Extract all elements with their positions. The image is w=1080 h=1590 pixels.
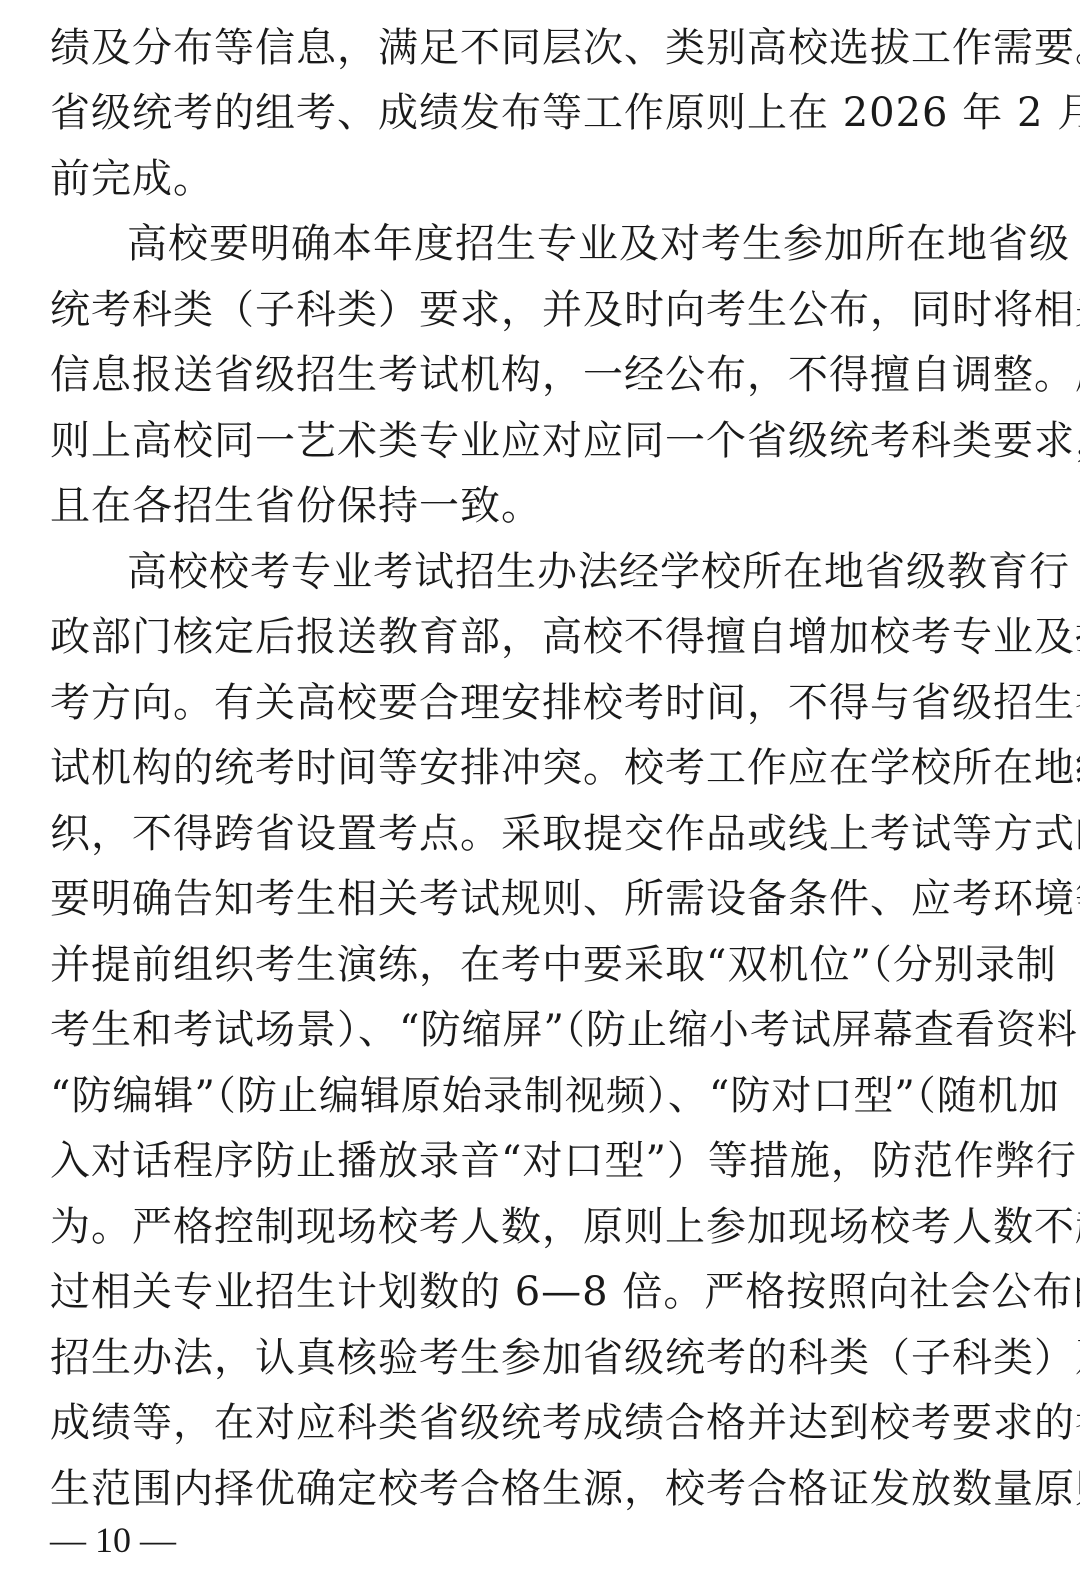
page-number: — 10 — — [50, 1512, 176, 1568]
document-page: 绩及分布等信息，满足不同层次、类别高校选拔工作需要。 省级统考的组考、成绩发布等… — [0, 0, 1080, 1590]
text-line: 为。严格控制现场校考人数，原则上参加现场校考人数不超 — [50, 1199, 1016, 1255]
text-line: 信息报送省级招生考试机构，一经公布，不得擅自调整。原 — [50, 347, 1016, 403]
text-line: 绩及分布等信息，满足不同层次、类别高校选拔工作需要。 — [50, 20, 1016, 76]
text-line: 生范围内择优确定校考合格生源，校考合格证发放数量原则 — [50, 1461, 1016, 1517]
text-line: 前完成。 — [50, 151, 1016, 207]
text-line: 过相关专业招生计划数的 6—8 倍。严格按照向社会公布的 — [50, 1264, 1016, 1320]
text-line: 考方向。有关高校要合理安排校考时间，不得与省级招生考 — [50, 675, 1016, 731]
text-line: 入对话程序防止播放录音“对口型”）等措施，防范作弊行 — [50, 1133, 1016, 1189]
text-line: 成绩等，在对应科类省级统考成绩合格并达到校考要求的考 — [50, 1395, 1016, 1451]
text-line: 考生和考试场景）、“防缩屏”（防止缩小考试屏幕查看资料）、 — [50, 1002, 1016, 1058]
text-line: 试机构的统考时间等安排冲突。校考工作应在学校所在地组 — [50, 740, 1016, 796]
text-line: 高校要明确本年度招生专业及对考生参加所在地省级 — [127, 216, 1016, 272]
text-line: 统考科类（子科类）要求，并及时向考生公布，同时将相关 — [50, 282, 1016, 338]
text-line: 政部门核定后报送教育部，高校不得擅自增加校考专业及招 — [50, 609, 1016, 665]
text-line: 并提前组织考生演练，在考中要采取“双机位”（分别录制 — [50, 937, 1016, 993]
text-line: “防编辑”（防止编辑原始录制视频）、“防对口型”（随机加 — [50, 1068, 1016, 1124]
text-line: 则上高校同一艺术类专业应对应同一个省级统考科类要求， — [50, 413, 1016, 469]
text-line: 招生办法，认真核验考生参加省级统考的科类（子科类）及 — [50, 1330, 1016, 1386]
text-line: 要明确告知考生相关考试规则、所需设备条件、应考环境等， — [50, 871, 1016, 927]
text-line: 省级统考的组考、成绩发布等工作原则上在 2026 年 2 月底 — [50, 85, 1016, 141]
text-line: 且在各招生省份保持一致。 — [50, 478, 1016, 534]
text-line: 织，不得跨省设置考点。采取提交作品或线上考试等方式的， — [50, 806, 1016, 862]
text-line: 高校校考专业考试招生办法经学校所在地省级教育行 — [127, 544, 1016, 600]
